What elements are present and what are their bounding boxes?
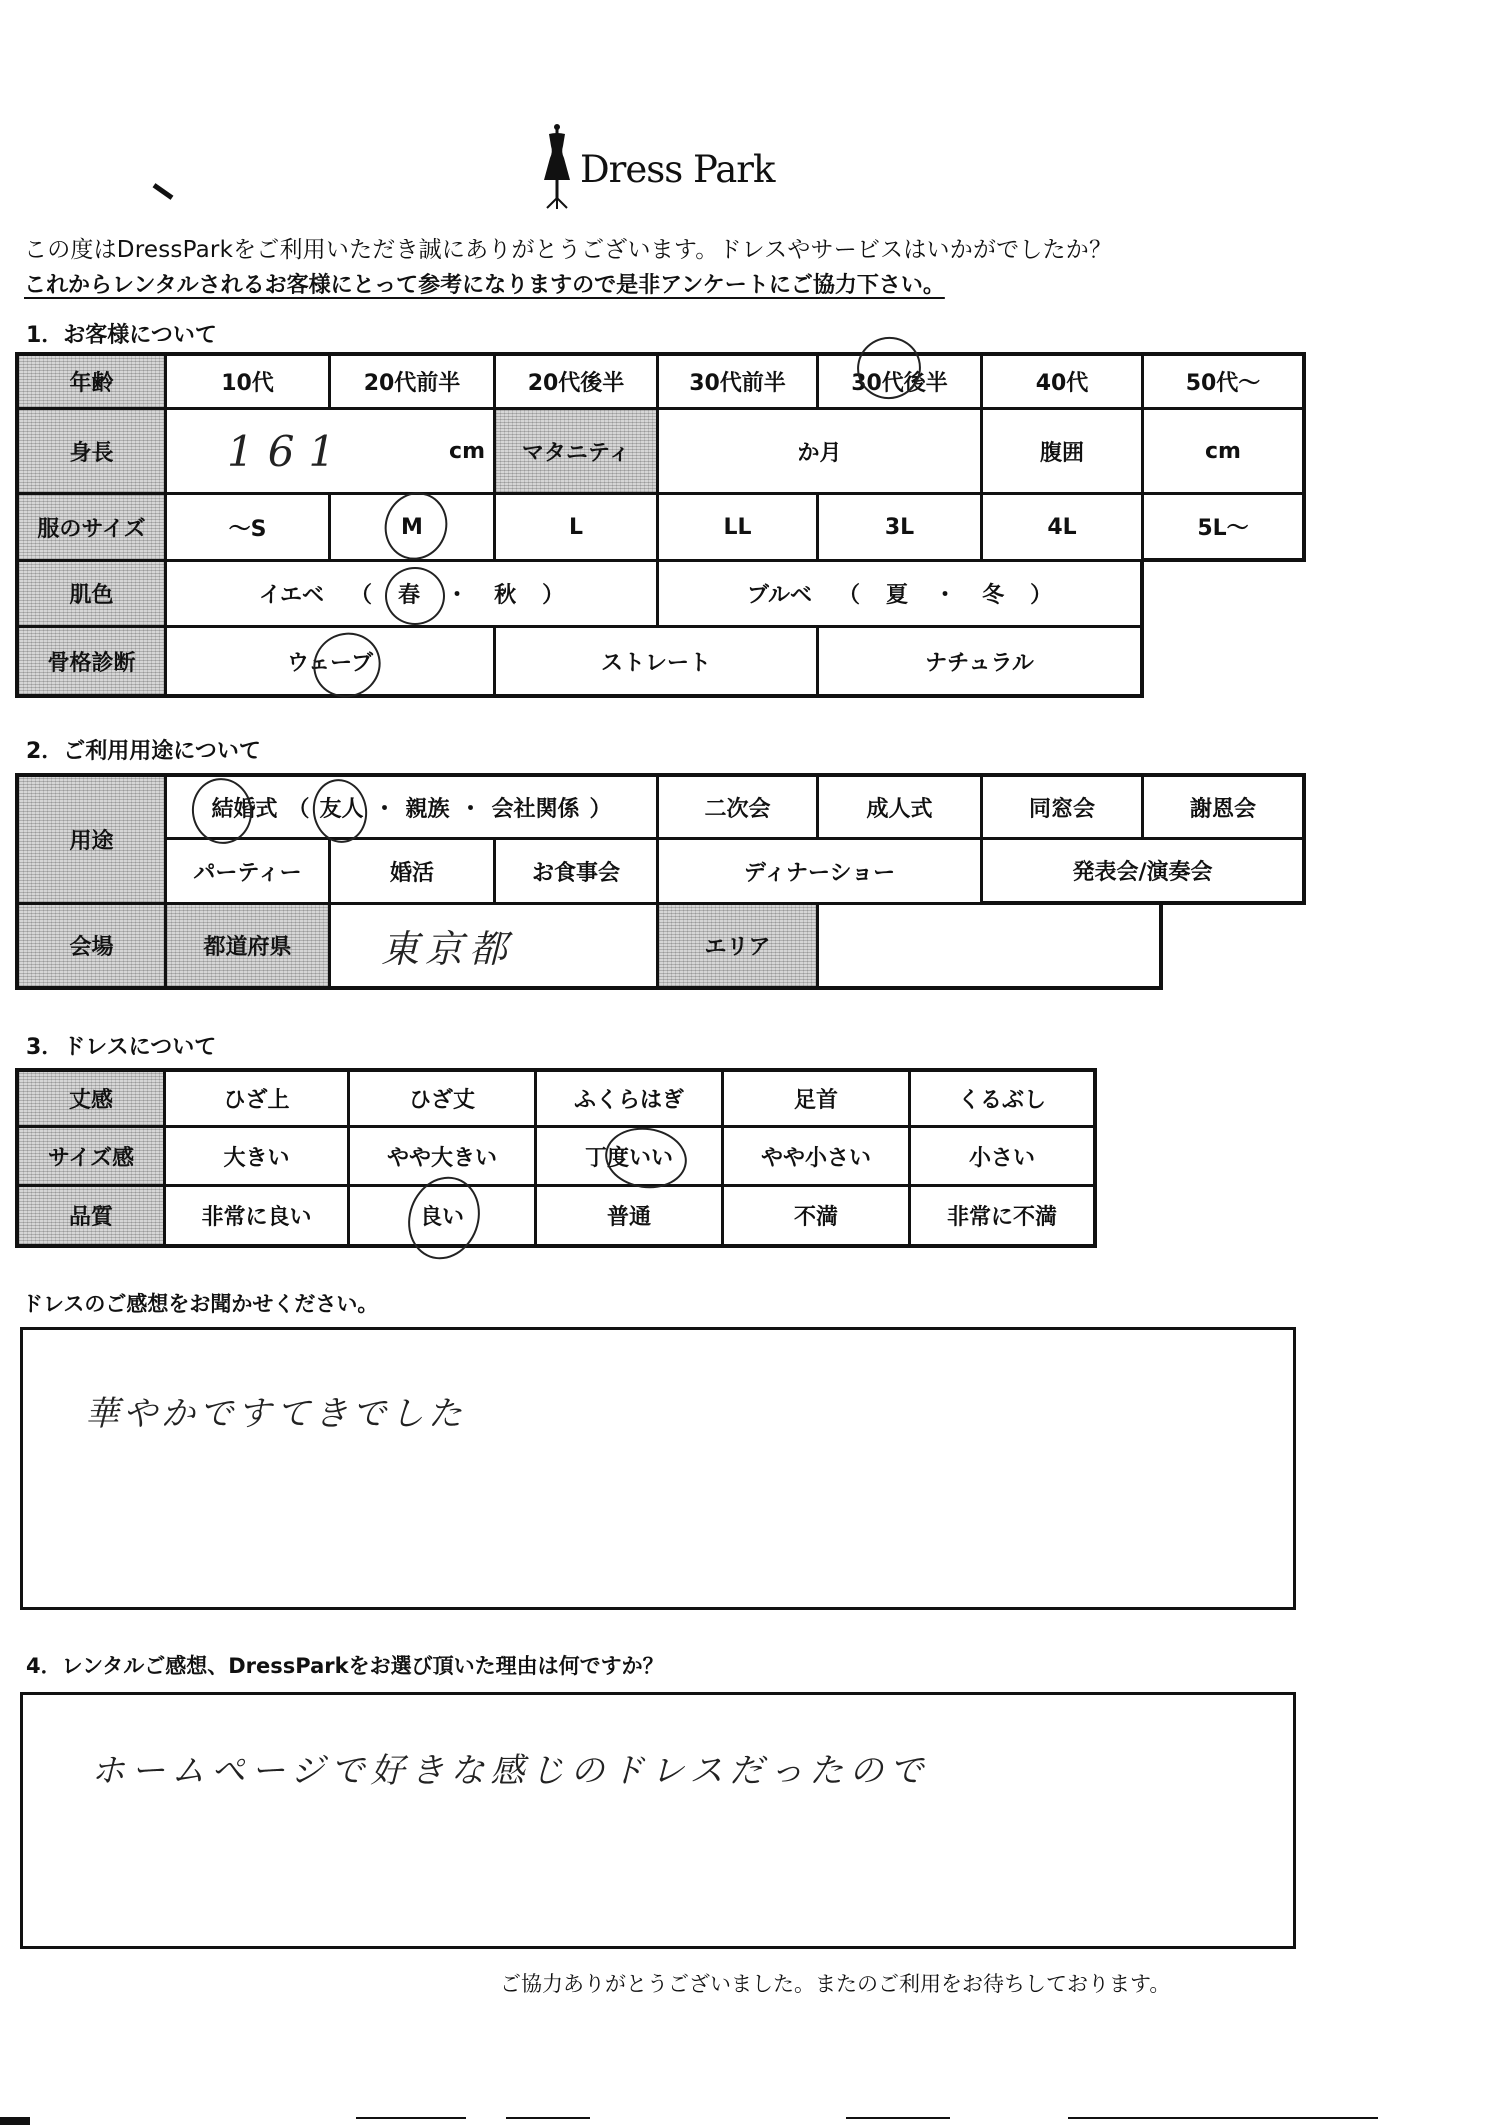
quality-option-excellent[interactable]: 非常に良い	[166, 1187, 350, 1248]
dresspark-logo: Dress Park	[540, 122, 780, 212]
age-option-early-30s[interactable]: 30代前半	[659, 352, 819, 410]
purpose-option-coming-of-age[interactable]: 成人式	[819, 773, 983, 840]
customer-table: 年齢 10代 20代前半 20代後半 30代前半 30代後半 40代 50代～ …	[15, 352, 1306, 698]
prefecture-field[interactable]: 東京都	[331, 905, 659, 990]
quality-option-good[interactable]: 良い	[350, 1187, 537, 1248]
frame-option-natural[interactable]: ナチュラル	[819, 628, 1144, 698]
age-option-50s-plus[interactable]: 50代～	[1144, 352, 1306, 410]
scan-artifact	[0, 2117, 30, 2125]
section2-title: 2．ご利用用途について	[26, 734, 261, 765]
fit-option-large[interactable]: 大きい	[166, 1128, 350, 1187]
section3-title: 3．ドレスについて	[26, 1030, 216, 1061]
size-option-s[interactable]: ～S	[167, 495, 331, 562]
size-option-4l[interactable]: 4L	[983, 495, 1144, 562]
frame-label: 骨格診断	[15, 628, 167, 698]
purpose-option-party[interactable]: パーティー	[167, 840, 331, 905]
age-option-10s[interactable]: 10代	[167, 352, 331, 410]
purpose-option-reunion[interactable]: 同窓会	[983, 773, 1144, 840]
purpose-label: 用途	[15, 773, 167, 905]
separator-dot: ・	[934, 578, 956, 609]
belly-field[interactable]: cm	[1144, 410, 1306, 495]
age-label: 年齢	[15, 352, 167, 410]
quality-option-very-poor[interactable]: 非常に不満	[911, 1187, 1097, 1248]
reason-answer-box[interactable]: ホームページで好きな感じのドレスだったので	[20, 1692, 1296, 1949]
yellow-base-label: イエベ	[259, 578, 324, 609]
fit-option-slightly-large[interactable]: やや大きい	[350, 1128, 537, 1187]
skin-label: 肌色	[15, 562, 167, 628]
length-option-calf[interactable]: ふくらはぎ	[537, 1068, 724, 1128]
scan-artifact	[846, 2117, 950, 2119]
age-option-late-20s[interactable]: 20代後半	[496, 352, 659, 410]
length-option-ankle[interactable]: 足首	[724, 1068, 911, 1128]
separator-dot: ・	[460, 792, 482, 823]
maternity-label: マタニティ	[496, 410, 659, 495]
separator-dot: ・	[373, 792, 395, 823]
belly-unit: cm	[1205, 439, 1241, 464]
length-option-knee[interactable]: ひざ丈	[350, 1068, 537, 1128]
skin-option-winter[interactable]: 冬	[982, 578, 1004, 609]
quality-option-poor[interactable]: 不満	[724, 1187, 911, 1248]
paren-open: （	[838, 578, 860, 609]
height-label: 身長	[15, 410, 167, 495]
purpose-option-thank-you-party[interactable]: 謝恩会	[1144, 773, 1306, 840]
quality-label: 品質	[15, 1187, 166, 1248]
dress-table: 丈感 ひざ上 ひざ丈 ふくらはぎ 足首 くるぶし サイズ感 大きい やや大きい …	[15, 1068, 1097, 1248]
purpose-option-konkatsu[interactable]: 婚活	[331, 840, 496, 905]
brand-name: Dress Park	[580, 148, 774, 191]
height-unit: cm	[449, 439, 485, 464]
fit-label: サイズ感	[15, 1128, 166, 1187]
purpose-option-recital[interactable]: 発表会/演奏会	[983, 840, 1306, 905]
usage-table: 用途 結婚式 （ 友人 ・ 親族 ・ 会社関係 ） 二次会 成人式 同窓会 謝恩…	[15, 773, 1306, 990]
prefecture-value: 東京都	[381, 918, 513, 973]
comment-prompt: ドレスのご感想をお聞かせください。	[22, 1288, 378, 1318]
wedding-relative-option[interactable]: 親族	[406, 792, 450, 823]
scan-mark	[153, 183, 174, 200]
size-option-m[interactable]: M	[331, 495, 496, 562]
frame-option-straight[interactable]: ストレート	[496, 628, 819, 698]
paren-close: ）	[1030, 578, 1052, 609]
paren-close: ）	[542, 578, 564, 609]
length-option-above-knee[interactable]: ひざ上	[166, 1068, 350, 1128]
intro-text: この度はDressParkをご利用いただき誠にありがとうございます。ドレスやサー…	[24, 231, 1112, 264]
reason-answer-value: ホームページで好きな感じのドレスだったので	[91, 1743, 929, 1792]
purpose-option-dinner-show[interactable]: ディナーショー	[659, 840, 983, 905]
separator-dot: ・	[446, 578, 468, 609]
wedding-label[interactable]: 結婚式	[211, 792, 277, 823]
dress-comment-value: 華やかですてきでした	[85, 1386, 466, 1435]
fit-option-just-right[interactable]: 丁度いい	[537, 1128, 724, 1187]
venue-label: 会場	[15, 905, 167, 990]
area-label: エリア	[659, 905, 819, 990]
purpose-option-dinner-party[interactable]: お食事会	[496, 840, 659, 905]
skin-option-autumn[interactable]: 秋	[494, 578, 516, 609]
scan-artifact	[356, 2117, 466, 2119]
fit-option-slightly-small[interactable]: やや小さい	[724, 1128, 911, 1187]
length-label: 丈感	[15, 1068, 166, 1128]
size-option-5l-plus[interactable]: 5L～	[1144, 495, 1306, 562]
paren-open: （	[350, 578, 372, 609]
maternity-months-field[interactable]: か月	[659, 410, 983, 495]
thanks-message: ご協力ありがとうございました。またのご利用をお待ちしております。	[500, 1968, 1170, 1998]
months-unit: か月	[797, 436, 841, 467]
wedding-friend-option[interactable]: 友人	[319, 792, 363, 823]
scan-artifact	[1068, 2117, 1378, 2119]
age-option-40s[interactable]: 40代	[983, 352, 1144, 410]
size-option-3l[interactable]: 3L	[819, 495, 983, 562]
frame-option-wave[interactable]: ウェーブ	[167, 628, 496, 698]
size-option-ll[interactable]: LL	[659, 495, 819, 562]
skin-option-spring[interactable]: 春	[398, 578, 420, 609]
section4-title: 4．レンタルご感想、DressParkをお選び頂いた理由は何ですか？	[26, 1650, 664, 1680]
height-value: 161	[227, 427, 349, 476]
dress-comment-box[interactable]: 華やかですてきでした	[20, 1327, 1296, 1610]
paren-close: ）	[590, 792, 612, 823]
blue-base-label: ブルベ	[747, 578, 812, 609]
size-option-l[interactable]: L	[496, 495, 659, 562]
intro-request: これからレンタルされるお客様にとって参考になりますので是非アンケートにご協力下さ…	[24, 268, 945, 299]
dress-mannequin-icon	[540, 122, 574, 210]
paren-open: （	[287, 792, 309, 823]
fit-option-small[interactable]: 小さい	[911, 1128, 1097, 1187]
wedding-company-option[interactable]: 会社関係	[492, 792, 580, 823]
skin-blue-base-option[interactable]: ブルベ （ 夏 ・ 冬 ）	[659, 562, 1144, 628]
skin-yellow-base-option[interactable]: イエベ （ 春 ・ 秋 ）	[167, 562, 659, 628]
prefecture-label: 都道府県	[167, 905, 331, 990]
length-option-ankle-bone[interactable]: くるぶし	[911, 1068, 1097, 1128]
age-option-early-20s[interactable]: 20代前半	[331, 352, 496, 410]
skin-option-summer[interactable]: 夏	[886, 578, 908, 609]
area-field[interactable]	[819, 905, 1163, 990]
size-label: 服のサイズ	[15, 495, 167, 562]
belly-label: 腹囲	[983, 410, 1144, 495]
height-field[interactable]: 161 cm	[167, 410, 496, 495]
age-option-late-30s[interactable]: 30代後半	[819, 352, 983, 410]
purpose-option-afterparty[interactable]: 二次会	[659, 773, 819, 840]
scan-artifact	[506, 2117, 590, 2119]
quality-option-average[interactable]: 普通	[537, 1187, 724, 1248]
section1-title: 1．お客様について	[26, 318, 217, 349]
purpose-option-wedding[interactable]: 結婚式 （ 友人 ・ 親族 ・ 会社関係 ）	[167, 773, 659, 840]
